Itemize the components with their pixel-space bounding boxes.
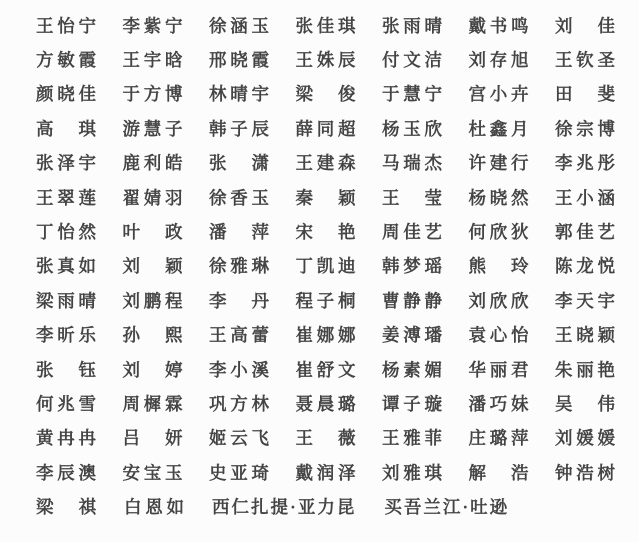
name-character: 小 bbox=[490, 81, 508, 106]
person-name: 刘存旭 bbox=[469, 47, 529, 72]
name-character: 皓 bbox=[165, 150, 183, 175]
name-character: 云 bbox=[230, 425, 248, 450]
person-name: 薛同超 bbox=[296, 116, 356, 141]
person-name: 孙熙 bbox=[123, 322, 183, 347]
name-character: 晴 bbox=[425, 13, 443, 38]
name-character: 宫 bbox=[469, 81, 487, 106]
person-name: 张真如 bbox=[36, 253, 96, 278]
name-character: 博 bbox=[598, 116, 616, 141]
name-character: 如 bbox=[167, 494, 185, 519]
name-character: 王 bbox=[123, 47, 141, 72]
name-character: 飞 bbox=[252, 425, 270, 450]
name-character: 白 bbox=[124, 494, 142, 519]
name-character: 辰 bbox=[252, 116, 270, 141]
name-character: 璐 bbox=[490, 425, 508, 450]
person-name: 于方博 bbox=[123, 81, 183, 106]
person-name: 曹静静 bbox=[382, 288, 442, 313]
name-character: 李 bbox=[36, 322, 54, 347]
person-name: 安宝玉 bbox=[123, 460, 183, 485]
person-name: 叶政 bbox=[123, 219, 183, 244]
name-character: 周 bbox=[123, 391, 141, 416]
name-character: 敏 bbox=[57, 47, 75, 72]
name-character: 史 bbox=[209, 460, 227, 485]
name-character: 子 bbox=[403, 391, 421, 416]
name-character: 潘 bbox=[469, 391, 487, 416]
name-character: 妍 bbox=[165, 425, 183, 450]
name-character: 晓 bbox=[576, 322, 594, 347]
name-character: 张 bbox=[36, 150, 54, 175]
name-row: 梁雨晴刘鹏程李丹程子桐曹静静刘欣欣李天宇 bbox=[36, 283, 615, 317]
name-character: 刘 bbox=[382, 460, 400, 485]
name-character: 文 bbox=[403, 47, 421, 72]
name-character: 钦 bbox=[576, 47, 594, 72]
name-character: 吴 bbox=[555, 391, 573, 416]
person-name: 梁雨晴 bbox=[36, 288, 96, 313]
name-character: 宋 bbox=[296, 219, 314, 244]
name-character: 小 bbox=[576, 185, 594, 210]
name-character: 菲 bbox=[425, 425, 443, 450]
name-character: 翟 bbox=[123, 185, 141, 210]
name-character: 庄 bbox=[469, 425, 487, 450]
person-name: 陈龙悦 bbox=[555, 253, 615, 278]
person-name: 王小涵 bbox=[555, 185, 615, 210]
name-character: 晴 bbox=[230, 81, 248, 106]
person-name: 宫小卉 bbox=[469, 81, 529, 106]
person-name: 李小溪 bbox=[209, 357, 269, 382]
name-character: 王 bbox=[296, 150, 314, 175]
name-character: 然 bbox=[511, 185, 529, 210]
name-character: 刘 bbox=[469, 47, 487, 72]
name-character: 王 bbox=[36, 185, 54, 210]
name-character: 萍 bbox=[252, 219, 270, 244]
name-character: 宁 bbox=[425, 81, 443, 106]
name-character: 舒 bbox=[317, 357, 335, 382]
person-name: 潘巧妹 bbox=[469, 391, 529, 416]
name-character: 龙 bbox=[576, 253, 594, 278]
name-character: 周 bbox=[382, 219, 400, 244]
person-name: 张雨晴 bbox=[382, 13, 442, 38]
person-name: 崔舒文 bbox=[296, 357, 356, 382]
name-character: 如 bbox=[79, 253, 97, 278]
name-character: 莹 bbox=[425, 185, 443, 210]
person-name: 刘鹏程 bbox=[123, 288, 183, 313]
name-character: 利 bbox=[144, 150, 162, 175]
name-character: 李 bbox=[36, 460, 54, 485]
name-character: 佳 bbox=[317, 13, 335, 38]
name-character: 姝 bbox=[317, 47, 335, 72]
person-name: 李辰澳 bbox=[36, 460, 96, 485]
name-character: 卉 bbox=[511, 81, 529, 106]
name-row: 张泽宇鹿利皓张潇王建森马瑞杰许建行李兆彤 bbox=[36, 146, 615, 180]
name-character: 晨 bbox=[317, 391, 335, 416]
name-character: 欣 bbox=[490, 288, 508, 313]
name-character: 巩 bbox=[209, 391, 227, 416]
name-character: 凯 bbox=[317, 253, 335, 278]
name-character: 戴 bbox=[296, 460, 314, 485]
person-name: 熊玲 bbox=[469, 253, 529, 278]
name-character: 彤 bbox=[598, 150, 616, 175]
name-character: 许 bbox=[469, 150, 487, 175]
name-character: 宇 bbox=[252, 81, 270, 106]
person-name: 吴伟 bbox=[555, 391, 615, 416]
name-character: 旭 bbox=[511, 47, 529, 72]
name-character: 崔 bbox=[296, 357, 314, 382]
name-character: 雨 bbox=[403, 13, 421, 38]
name-character: 丁 bbox=[296, 253, 314, 278]
name-character: 树 bbox=[598, 460, 616, 485]
name-character: 宇 bbox=[79, 150, 97, 175]
name-character: 天 bbox=[576, 288, 594, 313]
name-character: 瑞 bbox=[403, 150, 421, 175]
name-list-page: 王怡宁李紫宁徐涵玉张佳琪张雨晴戴书鸣刘佳方敏霞王宇晗邢晓霞王姝辰付文洁刘存旭王钦… bbox=[0, 0, 639, 542]
name-character: 艺 bbox=[598, 219, 616, 244]
person-name: 买吾兰江·吐逊 bbox=[384, 494, 509, 519]
name-character: 颖 bbox=[338, 185, 356, 210]
name-character: 晓 bbox=[230, 47, 248, 72]
name-character: 乐 bbox=[79, 322, 97, 347]
name-character: 玉 bbox=[252, 185, 270, 210]
name-character: 文 bbox=[338, 357, 356, 382]
person-name: 徐香玉 bbox=[209, 185, 269, 210]
name-character: 璇 bbox=[425, 391, 443, 416]
name-character: 璠 bbox=[425, 322, 443, 347]
name-character: 欣 bbox=[490, 219, 508, 244]
person-name: 戴润泽 bbox=[296, 460, 356, 485]
person-name: 王莹 bbox=[382, 185, 442, 210]
name-character: 杨 bbox=[382, 116, 400, 141]
name-character: 莲 bbox=[79, 185, 97, 210]
name-character: 于 bbox=[382, 81, 400, 106]
name-character: 张 bbox=[36, 253, 54, 278]
name-character: 高 bbox=[36, 116, 54, 141]
name-character: 艺 bbox=[425, 219, 443, 244]
name-character: 媚 bbox=[425, 357, 443, 382]
person-name: 鹿利皓 bbox=[123, 150, 183, 175]
name-character: 圣 bbox=[598, 47, 616, 72]
person-name: 庄璐萍 bbox=[469, 425, 529, 450]
name-character: 宁 bbox=[79, 13, 97, 38]
name-character: 兆 bbox=[576, 150, 594, 175]
person-name: 田斐 bbox=[555, 81, 615, 106]
name-character: 梦 bbox=[403, 253, 421, 278]
name-character: 黄 bbox=[36, 425, 54, 450]
name-character: 王 bbox=[555, 47, 573, 72]
name-character: 姬 bbox=[209, 425, 227, 450]
name-character: 丹 bbox=[252, 288, 270, 313]
name-character: 熙 bbox=[165, 322, 183, 347]
name-character: 杨 bbox=[469, 185, 487, 210]
name-character: 鹏 bbox=[144, 288, 162, 313]
name-character: 婷 bbox=[165, 357, 183, 382]
name-character: 戴 bbox=[469, 13, 487, 38]
name-character: 香 bbox=[230, 185, 248, 210]
name-character: 秦 bbox=[296, 185, 314, 210]
name-character: 溥 bbox=[403, 322, 421, 347]
person-name: 梁祺 bbox=[36, 494, 96, 519]
name-row: 高琪游慧子韩子辰薛同超杨玉欣杜鑫月徐宗博 bbox=[36, 111, 615, 145]
name-character: 宝 bbox=[144, 460, 162, 485]
person-name: 白恩如 bbox=[124, 494, 184, 519]
name-row: 王怡宁李紫宁徐涵玉张佳琪张雨晴戴书鸣刘佳 bbox=[36, 8, 615, 42]
person-name: 王钦圣 bbox=[555, 47, 615, 72]
name-character: 婧 bbox=[144, 185, 162, 210]
name-character: 韩 bbox=[382, 253, 400, 278]
name-character: 何 bbox=[36, 391, 54, 416]
name-character: 杰 bbox=[425, 150, 443, 175]
person-name: 张潇 bbox=[209, 150, 269, 175]
name-character: 吕 bbox=[123, 425, 141, 450]
name-character: 颖 bbox=[598, 322, 616, 347]
person-name: 王姝辰 bbox=[296, 47, 356, 72]
name-character: 林 bbox=[252, 391, 270, 416]
person-name: 钟浩树 bbox=[555, 460, 615, 485]
name-character: 李 bbox=[555, 150, 573, 175]
name-character: 张 bbox=[209, 150, 227, 175]
name-character: 小 bbox=[230, 357, 248, 382]
person-name: 于慧宁 bbox=[382, 81, 442, 106]
person-name: 丁怡然 bbox=[36, 219, 96, 244]
name-character: 雅 bbox=[403, 425, 421, 450]
name-character: 冉 bbox=[79, 425, 97, 450]
person-name: 袁心怡 bbox=[469, 322, 529, 347]
person-name: 林晴宇 bbox=[209, 81, 269, 106]
name-character: 蕾 bbox=[252, 322, 270, 347]
name-character: 潇 bbox=[252, 150, 270, 175]
person-name: 王高蕾 bbox=[209, 322, 269, 347]
name-character: 泽 bbox=[57, 150, 75, 175]
name-character: 袁 bbox=[469, 322, 487, 347]
name-character: 田 bbox=[555, 81, 573, 106]
name-character: 静 bbox=[403, 288, 421, 313]
name-character: 狄 bbox=[511, 219, 529, 244]
name-character: 玉 bbox=[252, 13, 270, 38]
name-character: 艳 bbox=[598, 357, 616, 382]
name-character: 玉 bbox=[403, 116, 421, 141]
name-character: 妹 bbox=[511, 391, 529, 416]
name-row: 张钰刘婷李小溪崔舒文杨素媚华丽君朱丽艳 bbox=[36, 352, 615, 386]
name-character: 霞 bbox=[252, 47, 270, 72]
name-character: 佳 bbox=[598, 13, 616, 38]
name-character: 王 bbox=[382, 185, 400, 210]
name-character: 琪 bbox=[338, 13, 356, 38]
name-character: 叶 bbox=[123, 219, 141, 244]
person-name: 高琪 bbox=[36, 116, 96, 141]
name-row: 何兆雪周樨霖巩方林聂晨璐谭子璇潘巧妹吴伟 bbox=[36, 386, 615, 420]
name-character: 王 bbox=[555, 185, 573, 210]
name-row: 梁祺白恩如西仁扎提·亚力昆买吾兰江·吐逊 bbox=[36, 489, 615, 523]
name-character: 方 bbox=[144, 81, 162, 106]
name-character: 梁 bbox=[296, 81, 314, 106]
person-name: 颜晓佳 bbox=[36, 81, 96, 106]
name-character: 王 bbox=[296, 425, 314, 450]
name-character: 琪 bbox=[425, 460, 443, 485]
name-character: 羽 bbox=[165, 185, 183, 210]
person-name: 许建行 bbox=[469, 150, 529, 175]
name-character: 琳 bbox=[252, 253, 270, 278]
name-character: 王 bbox=[296, 47, 314, 72]
name-row: 李辰澳安宝玉史亚琦戴润泽刘雅琪解浩钟浩树 bbox=[36, 455, 615, 489]
name-character: 刘 bbox=[555, 13, 573, 38]
name-row: 丁怡然叶政潘萍宋艳周佳艺何欣狄郭佳艺 bbox=[36, 214, 615, 248]
name-character: 谭 bbox=[382, 391, 400, 416]
name-row: 王翠莲翟婧羽徐香玉秦颖王莹杨晓然王小涵 bbox=[36, 180, 615, 214]
name-character: 颜 bbox=[36, 81, 54, 106]
person-name: 张钰 bbox=[36, 357, 96, 382]
name-character: 娜 bbox=[317, 322, 335, 347]
name-character: 刘 bbox=[123, 253, 141, 278]
name-character: 张 bbox=[36, 357, 54, 382]
name-character: 书 bbox=[490, 13, 508, 38]
name-row: 黄冉冉吕妍姬云飞王薇王雅菲庄璐萍刘媛媛 bbox=[36, 421, 615, 455]
name-character: 刘 bbox=[123, 357, 141, 382]
name-character: 雅 bbox=[403, 460, 421, 485]
name-character: 然 bbox=[79, 219, 97, 244]
name-character: 桐 bbox=[338, 288, 356, 313]
name-character: 丽 bbox=[576, 357, 594, 382]
name-character: 丁 bbox=[36, 219, 54, 244]
person-name: 张泽宇 bbox=[36, 150, 96, 175]
person-name: 姜溥璠 bbox=[382, 322, 442, 347]
name-character: 辰 bbox=[338, 47, 356, 72]
name-character: 博 bbox=[165, 81, 183, 106]
name-character: 王 bbox=[382, 425, 400, 450]
name-character: 曹 bbox=[382, 288, 400, 313]
name-character: 梁 bbox=[36, 288, 54, 313]
name-character: 霞 bbox=[79, 47, 97, 72]
name-character: 悦 bbox=[598, 253, 616, 278]
name-character: 薇 bbox=[338, 425, 356, 450]
name-character: 鹿 bbox=[123, 150, 141, 175]
name-row: 颜晓佳于方博林晴宇梁俊于慧宁宫小卉田斐 bbox=[36, 77, 615, 111]
name-character: 子 bbox=[317, 288, 335, 313]
name-character: 迪 bbox=[338, 253, 356, 278]
name-character: 玉 bbox=[165, 460, 183, 485]
name-character: 程 bbox=[165, 288, 183, 313]
name-character: 玲 bbox=[511, 253, 529, 278]
name-character: 真 bbox=[57, 253, 75, 278]
person-name: 王翠莲 bbox=[36, 185, 96, 210]
name-character: 潘 bbox=[209, 219, 227, 244]
name-character: 王 bbox=[209, 322, 227, 347]
name-character: 李 bbox=[123, 13, 141, 38]
name-character: 雨 bbox=[57, 288, 75, 313]
name-character: 晓 bbox=[57, 81, 75, 106]
person-name: 刘婷 bbox=[123, 357, 183, 382]
name-character: 佳 bbox=[576, 219, 594, 244]
name-character: 朱 bbox=[555, 357, 573, 382]
name-character: 李 bbox=[209, 288, 227, 313]
person-name: 游慧子 bbox=[123, 116, 183, 141]
name-character: 于 bbox=[123, 81, 141, 106]
name-character: 程 bbox=[296, 288, 314, 313]
name-character: 华 bbox=[469, 357, 487, 382]
name-character: 韩 bbox=[209, 116, 227, 141]
name-character: 溪 bbox=[252, 357, 270, 382]
name-character: 欣 bbox=[511, 288, 529, 313]
person-name: 丁凯迪 bbox=[296, 253, 356, 278]
name-character: 晴 bbox=[79, 288, 97, 313]
person-name: 方敏霞 bbox=[36, 47, 96, 72]
name-character: 心 bbox=[490, 322, 508, 347]
name-character: 媛 bbox=[576, 425, 594, 450]
name-character: 方 bbox=[230, 391, 248, 416]
name-character: 冉 bbox=[57, 425, 75, 450]
name-character: 徐 bbox=[209, 13, 227, 38]
person-name: 王宇晗 bbox=[123, 47, 183, 72]
name-character: 樨 bbox=[144, 391, 162, 416]
person-name: 王雅菲 bbox=[382, 425, 442, 450]
name-character: 涵 bbox=[230, 13, 248, 38]
name-character: 媛 bbox=[598, 425, 616, 450]
name-character: 子 bbox=[165, 116, 183, 141]
person-name: 宋艳 bbox=[296, 219, 356, 244]
person-name: 李兆彤 bbox=[555, 150, 615, 175]
person-name: 解浩 bbox=[469, 460, 529, 485]
name-character: 润 bbox=[317, 460, 335, 485]
name-character: 徐 bbox=[209, 185, 227, 210]
person-name: 李昕乐 bbox=[36, 322, 96, 347]
name-character: 丽 bbox=[490, 357, 508, 382]
name-character: 游 bbox=[123, 116, 141, 141]
name-character: 月 bbox=[511, 116, 529, 141]
name-character: 鸣 bbox=[511, 13, 529, 38]
name-character: 森 bbox=[338, 150, 356, 175]
name-character: 李 bbox=[209, 357, 227, 382]
person-name: 张佳琪 bbox=[296, 13, 356, 38]
name-character: 方 bbox=[36, 47, 54, 72]
name-character: 子 bbox=[230, 116, 248, 141]
person-name: 徐雅琳 bbox=[209, 253, 269, 278]
person-name: 吕妍 bbox=[123, 425, 183, 450]
name-character: 建 bbox=[317, 150, 335, 175]
person-name: 韩梦瑶 bbox=[382, 253, 442, 278]
name-character: 杜 bbox=[469, 116, 487, 141]
person-name: 王建森 bbox=[296, 150, 356, 175]
person-name: 刘颖 bbox=[123, 253, 183, 278]
name-character: 徐 bbox=[555, 116, 573, 141]
name-character: 澳 bbox=[79, 460, 97, 485]
name-character: 紫 bbox=[144, 13, 162, 38]
name-character: 刘 bbox=[555, 425, 573, 450]
person-name: 徐宗博 bbox=[555, 116, 615, 141]
name-character: 晗 bbox=[165, 47, 183, 72]
name-row: 李昕乐孙熙王高蕾崔娜娜姜溥璠袁心怡王晓颖 bbox=[36, 318, 615, 352]
name-character: 马 bbox=[382, 150, 400, 175]
person-name: 黄冉冉 bbox=[36, 425, 96, 450]
name-character: 杨 bbox=[382, 357, 400, 382]
name-character: 辰 bbox=[57, 460, 75, 485]
name-character: 张 bbox=[382, 13, 400, 38]
name-character: 陈 bbox=[555, 253, 573, 278]
name-character: 崔 bbox=[296, 322, 314, 347]
name-character: 翠 bbox=[57, 185, 75, 210]
name-character: 存 bbox=[490, 47, 508, 72]
name-character: 林 bbox=[209, 81, 227, 106]
person-name: 韩子辰 bbox=[209, 116, 269, 141]
person-name: 杨玉欣 bbox=[382, 116, 442, 141]
name-character: 刘 bbox=[469, 288, 487, 313]
person-name: 潘萍 bbox=[209, 219, 269, 244]
name-character: 佳 bbox=[403, 219, 421, 244]
name-character: 巧 bbox=[490, 391, 508, 416]
name-character: 涵 bbox=[598, 185, 616, 210]
name-row: 张真如刘颖徐雅琳丁凯迪韩梦瑶熊玲陈龙悦 bbox=[36, 249, 615, 283]
name-character: 俊 bbox=[338, 81, 356, 106]
name-character: 宗 bbox=[576, 116, 594, 141]
name-character: 姜 bbox=[382, 322, 400, 347]
name-character: 怡 bbox=[57, 13, 75, 38]
name-character: 郭 bbox=[555, 219, 573, 244]
